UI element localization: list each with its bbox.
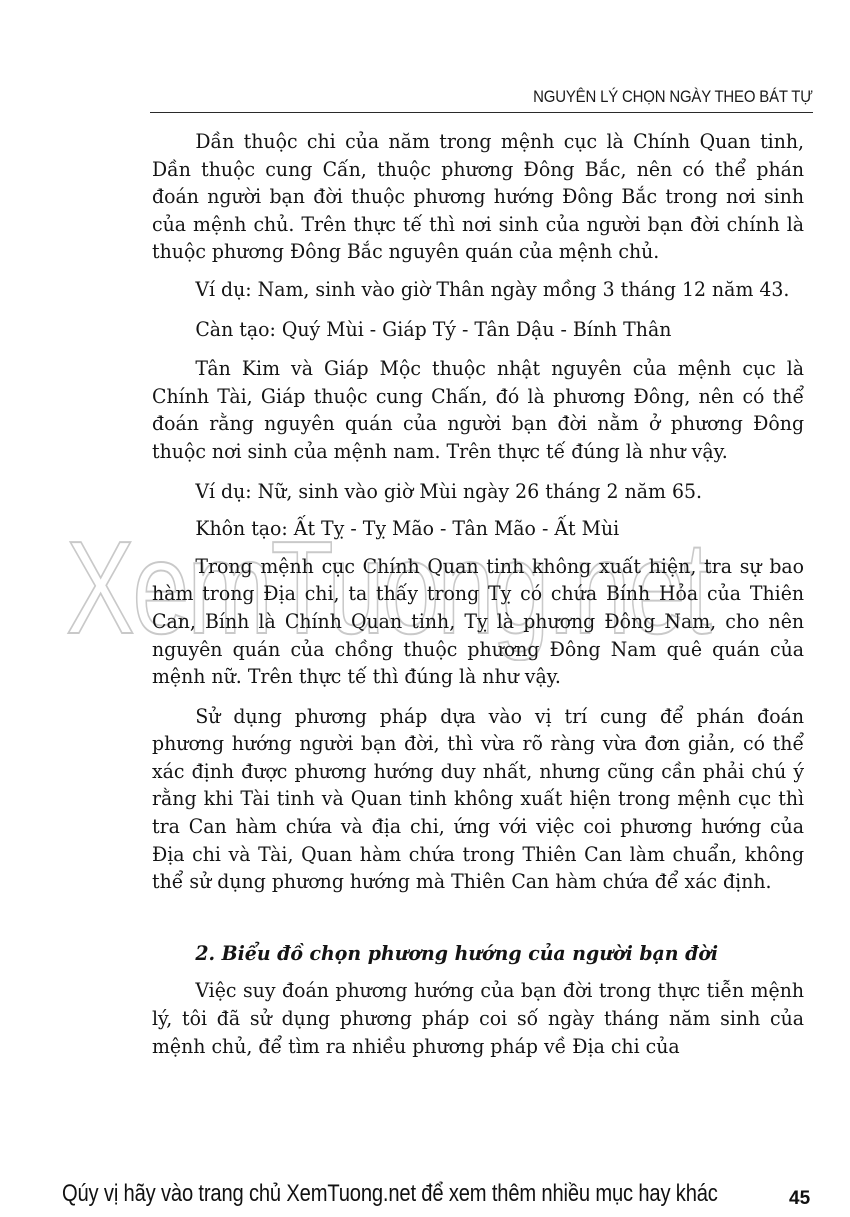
body-text: Dần thuộc chi của năm trong mệnh cục là … (152, 128, 814, 1060)
page-number: 45 (789, 1188, 810, 1210)
paragraph: Dần thuộc chi của năm trong mệnh cục là … (152, 128, 804, 266)
example-chart: Khôn tạo: Ất Tỵ - Tỵ Mão - Tân Mão - Ất … (152, 515, 804, 543)
example-chart: Càn tạo: Quý Mùi - Giáp Tý - Tân Dậu - B… (152, 316, 804, 344)
paragraph: Trong mệnh cục Chính Quan tinh không xuấ… (152, 553, 804, 691)
running-header: NGUYÊN LÝ CHỌN NGÀY THEO BÁT TỰ (150, 86, 813, 113)
section-heading: 2. Biểu đồ chọn phương hướng của người b… (152, 940, 804, 968)
running-header-title: NGUYÊN LÝ CHỌN NGÀY THEO BÁT TỰ (533, 86, 813, 108)
example-intro: Ví dụ: Nữ, sinh vào giờ Mùi ngày 26 thán… (152, 478, 804, 506)
example-intro: Ví dụ: Nam, sinh vào giờ Thân ngày mồng … (152, 276, 804, 304)
paragraph: Tân Kim và Giáp Mộc thuộc nhật nguyên củ… (152, 355, 804, 465)
footer: Qúy vị hãy vào trang chủ XemTuong.net để… (62, 1180, 822, 1208)
paragraph: Sử dụng phương pháp dựa vào vị trí cung … (152, 703, 804, 896)
footer-site-note: Qúy vị hãy vào trang chủ XemTuong.net để… (62, 1180, 718, 1208)
paragraph: Việc suy đoán phương hướng của bạn đời t… (152, 977, 804, 1060)
book-page: NGUYÊN LÝ CHỌN NGÀY THEO BÁT TỰ XemTuong… (0, 0, 850, 1217)
